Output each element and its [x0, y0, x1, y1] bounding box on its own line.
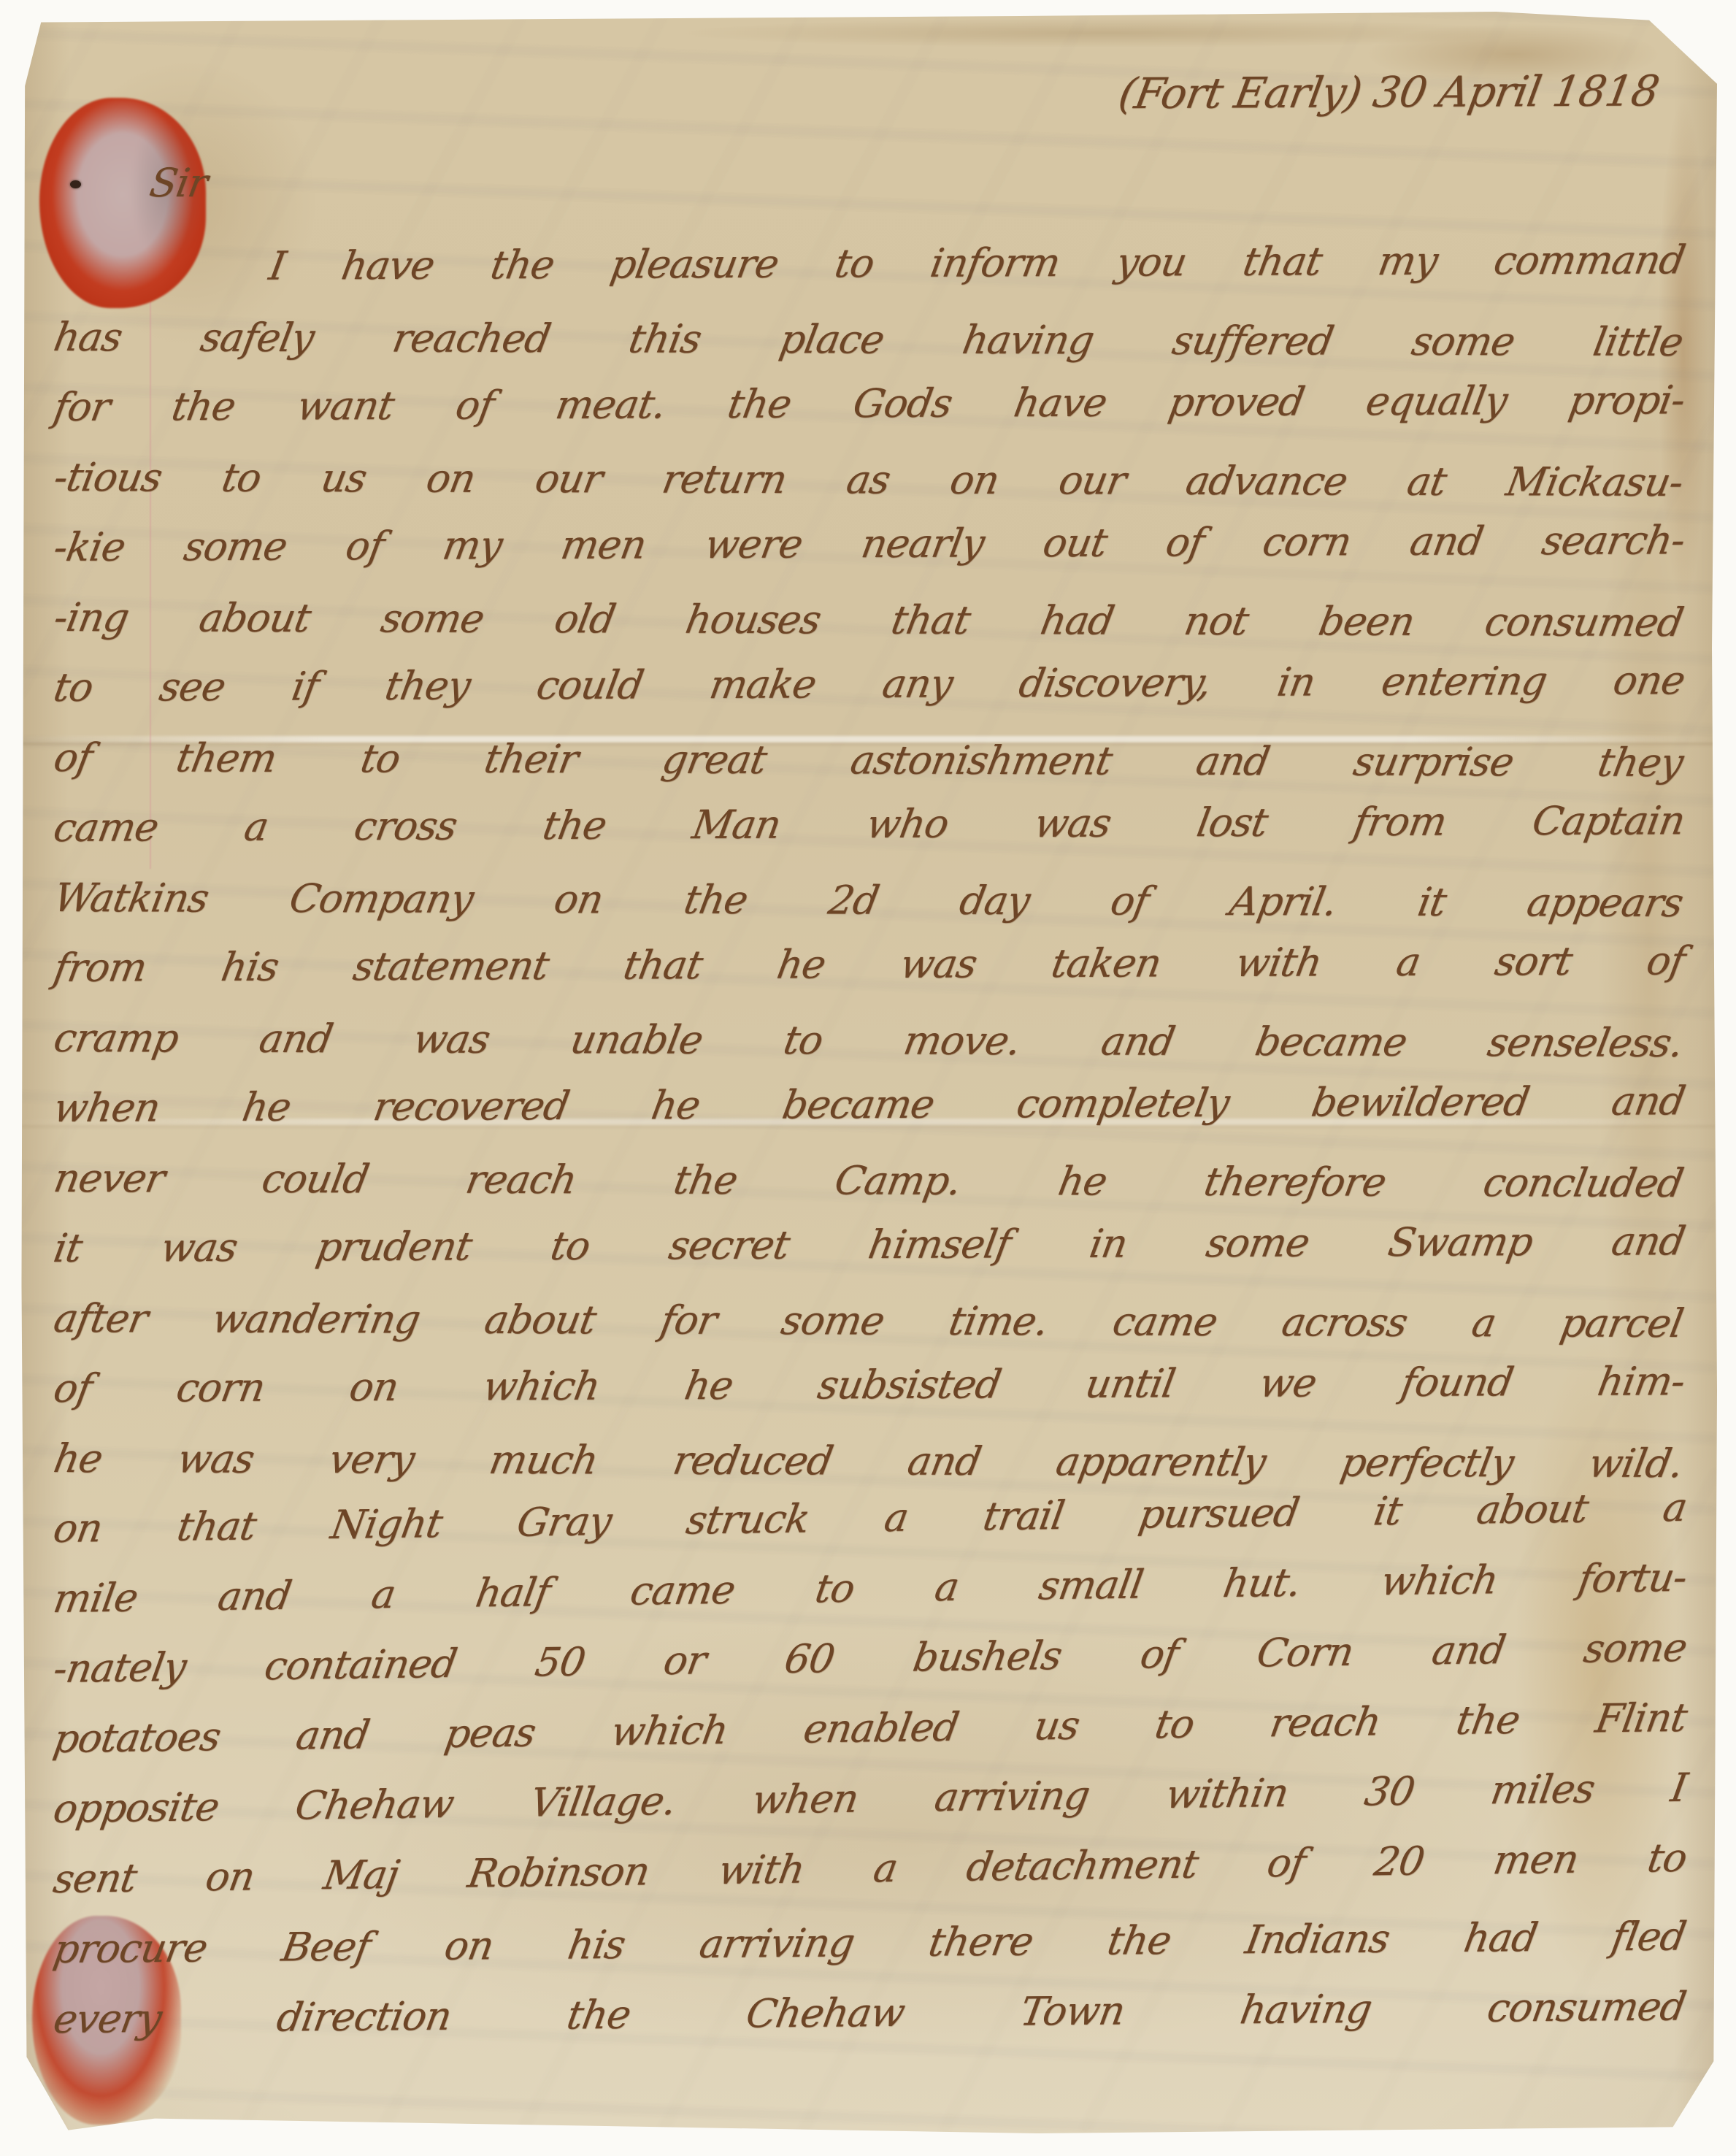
manuscript-line: procure Beef on his arriving there the I…	[48, 1901, 1691, 1984]
letter-page: (Fort Early) 30 April 1818 Sir I have th…	[19, 12, 1717, 2133]
manuscript-line: from his statement that he was taken wit…	[48, 926, 1690, 1003]
letter-body: I have the pleasure to inform you that m…	[48, 232, 1677, 2055]
salutation: Sir	[145, 150, 212, 216]
manuscript-line: of corn on which he subsisted until we f…	[48, 1346, 1690, 1424]
manuscript-line: it was prudent to secret himself in some…	[48, 1206, 1690, 1284]
manuscript-line: when he recovered he became completely b…	[48, 1066, 1690, 1143]
dateline: (Fort Early) 30 April 1818	[859, 47, 1666, 139]
scan-background: (Fort Early) 30 April 1818 Sir I have th…	[0, 0, 1736, 2156]
manuscript-line: every direction the Chehaw Town having c…	[48, 1971, 1691, 2055]
manuscript-line: I have the pleasure to inform you that m…	[48, 225, 1690, 302]
manuscript-line: came a cross the Man who was lost from C…	[48, 786, 1690, 863]
manuscript-line: to see if they could make any discovery,…	[48, 645, 1690, 723]
paper-hole	[70, 180, 81, 188]
manuscript-line: for the want of meat. the Gods have prov…	[48, 365, 1690, 442]
manuscript-line: -kie some of my men were nearly out of c…	[48, 505, 1690, 583]
